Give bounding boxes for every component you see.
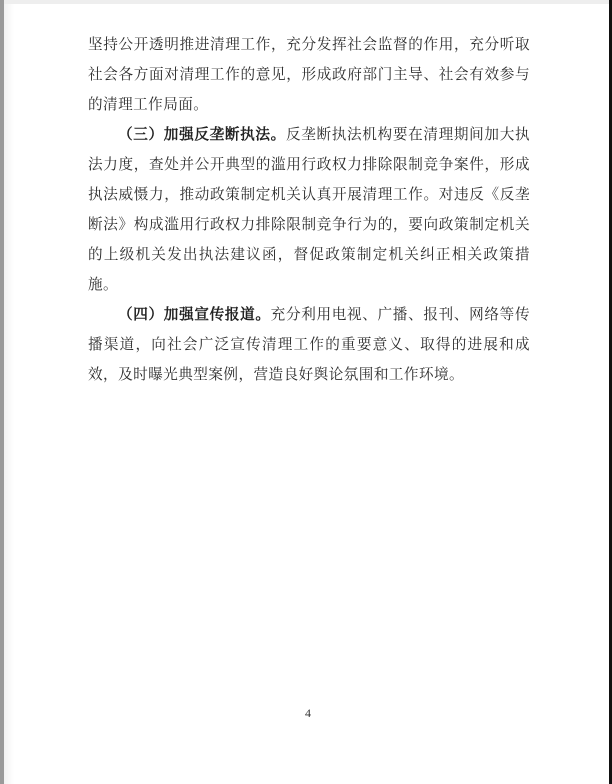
page-number: 4 [300,706,316,721]
paragraph-text: 反垄断执法机构要在清理期间加大执法力度，查处并公开典型的滥用行政权力排除限制竞争… [88,126,530,293]
paragraph-publicity: （四）加强宣传报道。充分利用电视、广播、报刊、网络等传播渠道，向社会广泛宣传清理… [88,300,530,390]
section-heading: （四）加强宣传报道。 [118,306,271,323]
document-page: 坚持公开透明推进清理工作，充分发挥社会监督的作用，充分听取社会各方面对清理工作的… [0,0,609,784]
paragraph-continuation: 坚持公开透明推进清理工作，充分发挥社会监督的作用，充分听取社会各方面对清理工作的… [88,30,530,120]
document-body: 坚持公开透明推进清理工作，充分发挥社会监督的作用，充分听取社会各方面对清理工作的… [88,30,530,390]
paragraph-antitrust-enforcement: （三）加强反垄断执法。反垄断执法机构要在清理期间加大执法力度，查处并公开典型的滥… [88,120,530,300]
paragraph-text: 坚持公开透明推进清理工作，充分发挥社会监督的作用，充分听取社会各方面对清理工作的… [88,36,530,113]
section-heading: （三）加强反垄断执法。 [118,126,286,143]
